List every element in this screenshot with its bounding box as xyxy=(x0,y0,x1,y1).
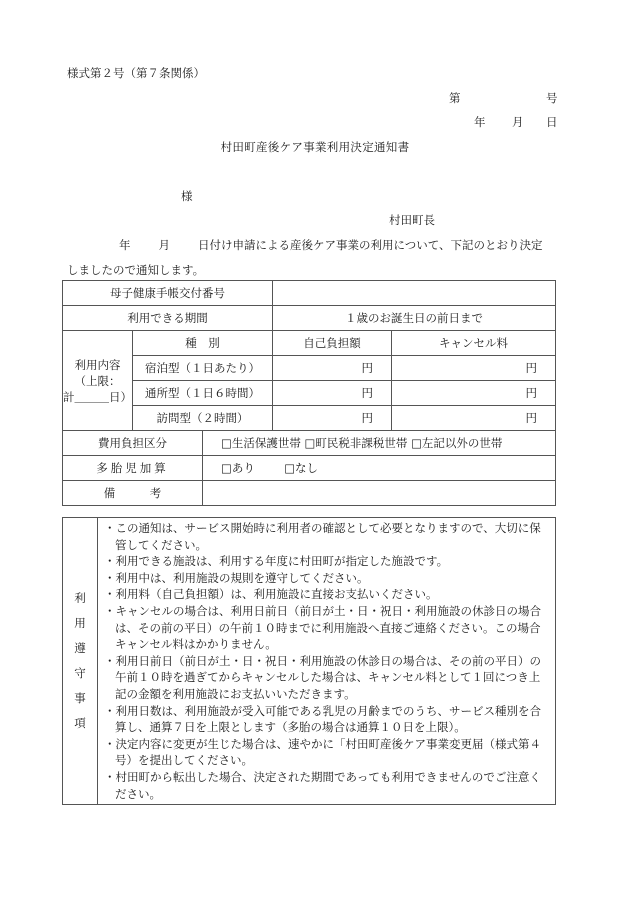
list-item: ・決定内容に変更が生じた場合は、速やかに「村田町産後ケア事業変更届（様式第４号）… xyxy=(104,736,549,769)
table-row: 宿泊型（１日あたり） 円 円 xyxy=(63,356,556,381)
cancel-fee-amount[interactable]: 円 xyxy=(392,406,556,431)
cost-category-label: 費用負担区分 xyxy=(63,431,203,456)
handbook-number-value[interactable] xyxy=(273,281,556,306)
sender: 村田町長 xyxy=(389,212,435,228)
multiple-birth-label: 多胎児加算 xyxy=(63,456,203,481)
doc-number-prefix: 第 xyxy=(449,90,461,106)
list-item: ・キャンセルの場合は、利用日前日（前日が土・日・祝日・利用施設の休診日の場合は、… xyxy=(104,603,549,653)
list-item: ・利用中は、利用施設の規則を遵守してください。 xyxy=(104,570,549,587)
body-line-1: 年月日付け申請による産後ケア事業の利用について、下記のとおり決定 xyxy=(119,237,543,253)
table-row: 訪問型（２時間） 円 円 xyxy=(63,406,556,431)
self-pay-amount[interactable]: 円 xyxy=(273,381,392,406)
remarks-label: 備 考 xyxy=(63,481,203,506)
decision-table: 母子健康手帳交付番号 利用できる期間 １歳のお誕生日の前日まで 利用内容 （上限… xyxy=(62,280,556,506)
table-row: 通所型（１日６時間） 円 円 xyxy=(63,381,556,406)
list-item: ・利用日前日（前日が土・日・祝日・利用施設の休診日の場合は、その前の平日）の午前… xyxy=(104,653,549,703)
cost-category-row: 費用負担区分 □生活保護世帯 □町民税非課税世帯 □左記以外の世帯 xyxy=(63,431,556,456)
date-month: 月 xyxy=(512,114,524,130)
handbook-number-row: 母子健康手帳交付番号 xyxy=(63,281,556,306)
usage-header-row: 利用内容 （上限： 計＿＿＿日） 種 別 自己負担額 キャンセル料 xyxy=(63,331,556,356)
document-title: 村田町産後ケア事業利用決定通知書 xyxy=(0,139,630,155)
checkbox-welfare-household[interactable]: □生活保護世帯 xyxy=(221,436,301,450)
remarks-value[interactable] xyxy=(203,481,556,506)
rules-notes: ・この通知は、サービス開始時に利用者の確認として必要となりますので、大切に保管し… xyxy=(98,518,556,805)
list-item: ・村田町から転出した場合、決定された期間であっても利用できませんのでご注意くださ… xyxy=(104,769,549,802)
body-text: 日付け申請による産後ケア事業の利用について、下記のとおり決定 xyxy=(198,238,543,252)
doc-number-suffix: 号 xyxy=(546,90,558,106)
date-year: 年 xyxy=(474,114,486,130)
self-pay-amount[interactable]: 円 xyxy=(273,406,392,431)
column-cancel-fee: キャンセル料 xyxy=(392,331,556,356)
period-row: 利用できる期間 １歳のお誕生日の前日まで xyxy=(63,306,556,331)
multiple-birth-row: 多胎児加算 □あり □なし xyxy=(63,456,556,481)
rules-table: 利 用 遵 守 事 項 ・この通知は、サービス開始時に利用者の確認として必要とな… xyxy=(62,517,556,805)
rules-label: 利 用 遵 守 事 項 xyxy=(63,518,98,805)
service-type: 通所型（１日６時間） xyxy=(133,381,273,406)
list-item: ・利用日数は、利用施設が受入可能である乳児の月齢までのうち、サービス種別を合算し… xyxy=(104,703,549,736)
list-item: ・利用できる施設は、利用する年度に村田町が指定した施設です。 xyxy=(104,553,549,570)
period-label: 利用できる期間 xyxy=(63,306,273,331)
remarks-row: 備 考 xyxy=(63,481,556,506)
list-item: ・利用料（自己負担額）は、利用施設に直接お支払いください。 xyxy=(104,586,549,603)
body-month: 月 xyxy=(159,238,171,252)
cost-category-options: □生活保護世帯 □町民税非課税世帯 □左記以外の世帯 xyxy=(203,431,556,456)
cancel-fee-amount[interactable]: 円 xyxy=(392,356,556,381)
cancel-fee-amount[interactable]: 円 xyxy=(392,381,556,406)
date-day: 日 xyxy=(546,114,558,130)
form-number: 様式第２号（第７条関係） xyxy=(67,65,205,81)
column-self-pay: 自己負担額 xyxy=(273,331,392,356)
checkbox-tax-exempt-household[interactable]: □町民税非課税世帯 xyxy=(305,436,408,450)
usage-label: 利用内容 （上限： 計＿＿＿日） xyxy=(63,331,133,431)
checkbox-other-household[interactable]: □左記以外の世帯 xyxy=(411,436,502,450)
checkbox-no[interactable]: □なし xyxy=(284,461,318,475)
body-line-2: しましたので通知します。 xyxy=(67,262,204,278)
checkbox-yes[interactable]: □あり xyxy=(221,461,255,475)
addressee-suffix: 様 xyxy=(181,188,193,204)
service-type: 宿泊型（１日あたり） xyxy=(133,356,273,381)
self-pay-amount[interactable]: 円 xyxy=(273,356,392,381)
period-value: １歳のお誕生日の前日まで xyxy=(273,306,556,331)
list-item: ・この通知は、サービス開始時に利用者の確認として必要となりますので、大切に保管し… xyxy=(104,520,549,553)
handbook-number-label: 母子健康手帳交付番号 xyxy=(63,281,273,306)
body-year: 年 xyxy=(119,238,131,252)
multiple-birth-options: □あり □なし xyxy=(203,456,556,481)
service-type: 訪問型（２時間） xyxy=(133,406,273,431)
column-type: 種 別 xyxy=(133,331,273,356)
